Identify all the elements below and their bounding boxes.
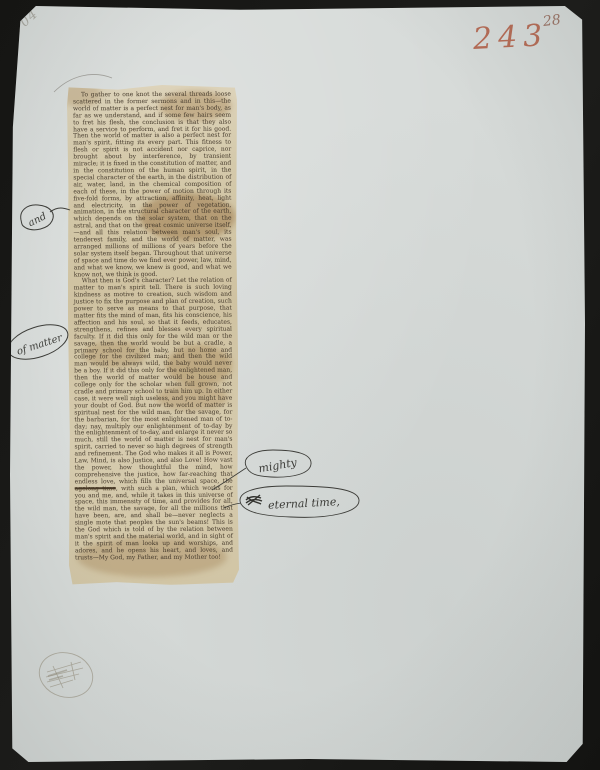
photograph-backdrop: 704 28 243 To gather to one knot the sev… xyxy=(0,0,600,770)
note-mighty-text: mighty xyxy=(257,456,298,476)
margin-insert-balloon: and xyxy=(10,196,78,248)
page-number-red: 243 xyxy=(472,18,549,57)
margin-note-text: of matter xyxy=(16,332,65,357)
embossed-stamp xyxy=(33,646,99,708)
paragraph-2-before-strike: What then is God's character? Let the re… xyxy=(74,277,233,485)
margin-insert-text: and xyxy=(27,211,49,229)
note-eternal-balloon: eternal time, xyxy=(224,478,372,528)
inked-out-word xyxy=(246,495,262,505)
album-page: 704 28 243 To gather to one knot the sev… xyxy=(10,6,585,762)
clipping-paragraph-1: To gather to one knot the several thread… xyxy=(73,92,232,279)
clipping-text-column: To gather to one knot the several thread… xyxy=(73,92,233,562)
corner-pencil-mark: 704 xyxy=(11,7,42,37)
margin-note-oval: of matter xyxy=(2,312,78,370)
clipping-paragraph-2: What then is God's character? Let the re… xyxy=(74,278,233,562)
note-eternal-text: eternal time, xyxy=(268,495,340,512)
newspaper-clipping: To gather to one knot the several thread… xyxy=(67,85,239,586)
